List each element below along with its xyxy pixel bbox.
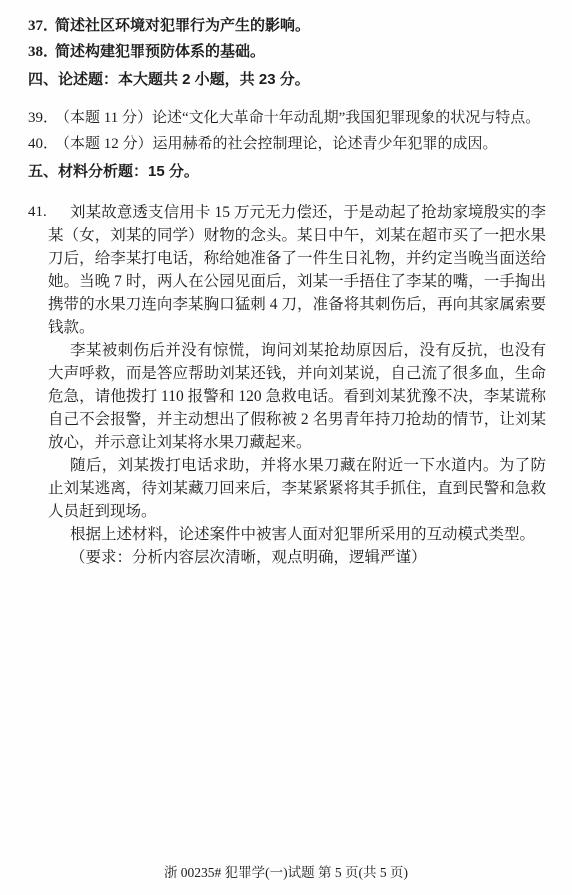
exam-paper-page: { "doc": { "short_answer_questions": [ {…	[0, 0, 572, 895]
question-40: 40． （本题 12 分）运用赫希的社会控制理论，论述青少年犯罪的成因。	[28, 131, 546, 157]
question-39: 39． （本题 11 分）论述“文化大革命十年动乱期”我国犯罪现象的状况与特点。	[28, 105, 546, 131]
question-38: 38． 简述构建犯罪预防体系的基础。	[28, 39, 546, 65]
question-41-material: 41. 刘某故意透支信用卡 15 万元无力偿还，于是动起了抢劫家境殷实的李某（女…	[28, 201, 546, 569]
material-paragraph-1: 刘某故意透支信用卡 15 万元无力偿还，于是动起了抢劫家境殷实的李某（女，刘某的…	[48, 201, 546, 339]
material-paragraph-2: 李某被刺伤后并没有惊慌，询问刘某抢劫原因后，没有反抗，也没有大声呼救，而是答应帮…	[48, 339, 546, 454]
question-40-number: 40．	[28, 131, 55, 157]
question-37: 37． 简述社区环境对犯罪行为产生的影响。	[28, 13, 546, 39]
question-41-number: 41.	[28, 201, 48, 569]
page-content: 37． 简述社区环境对犯罪行为产生的影响。 38． 简述构建犯罪预防体系的基础。…	[0, 0, 572, 569]
section-5-material-header: 五、材料分析题：15 分。	[28, 159, 546, 185]
question-41-body: 刘某故意透支信用卡 15 万元无力偿还，于是动起了抢劫家境殷实的李某（女，刘某的…	[48, 201, 546, 569]
question-37-number: 37．	[28, 13, 55, 39]
question-40-text: （本题 12 分）运用赫希的社会控制理论，论述青少年犯罪的成因。	[55, 131, 546, 157]
section-4-essay-header: 四、论述题：本大题共 2 小题，共 23 分。	[28, 67, 546, 93]
page-footer: 浙 00235# 犯罪学(一)试题 第 5 页(共 5 页)	[0, 861, 572, 881]
question-39-number: 39．	[28, 105, 55, 131]
material-task-statement: 根据上述材料，论述案件中被害人面对犯罪所采用的互动模式类型。	[48, 523, 546, 546]
material-requirements: （要求：分析内容层次清晰，观点明确，逻辑严谨）	[48, 546, 546, 569]
question-39-text: （本题 11 分）论述“文化大革命十年动乱期”我国犯罪现象的状况与特点。	[55, 105, 546, 131]
question-37-text: 简述社区环境对犯罪行为产生的影响。	[55, 13, 546, 39]
question-38-number: 38．	[28, 39, 55, 65]
material-paragraph-3: 随后，刘某拨打电话求助，并将水果刀藏在附近一下水道内。为了防止刘某逃离，待刘某藏…	[48, 454, 546, 523]
question-38-text: 简述构建犯罪预防体系的基础。	[55, 39, 546, 65]
exam-page: 37． 简述社区环境对犯罪行为产生的影响。 38． 简述构建犯罪预防体系的基础。…	[0, 0, 572, 895]
